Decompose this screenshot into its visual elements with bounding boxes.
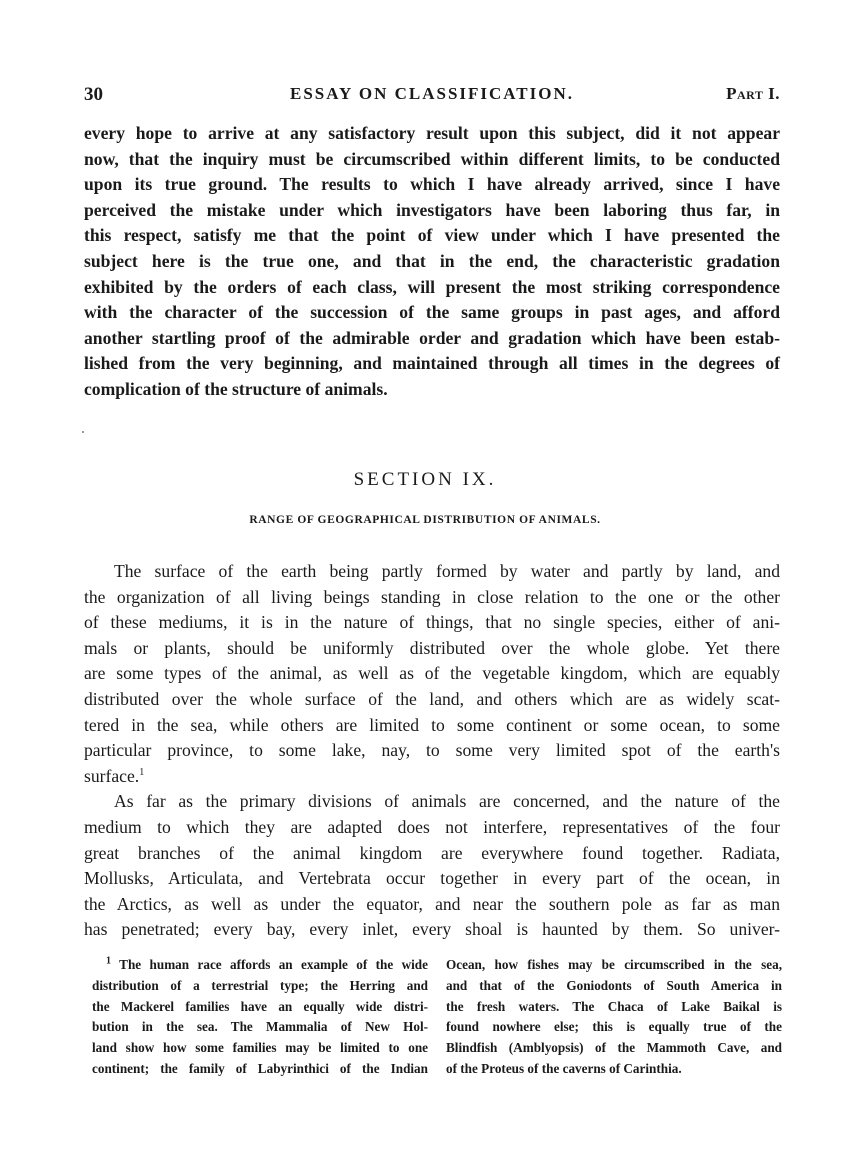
footnote-line: the fresh waters. The Chaca of Lake Baik… [446, 997, 782, 1018]
footnote-line: distribution of a terrestrial type; the … [92, 976, 428, 997]
text-line: complication of the structure of animals… [84, 377, 780, 403]
text-line: the Arctics, as well as under the equato… [84, 892, 780, 918]
text-line: Mollusks, Articulata, and Vertebrata occ… [84, 866, 780, 892]
footnote-reference[interactable]: 1 [139, 767, 144, 778]
text-line: subject here is the true one, and that i… [84, 249, 780, 275]
footnote-line: and that of the Goniodonts of South Amer… [446, 976, 782, 997]
text-line-with-footnote: surface.1 [84, 764, 780, 790]
footnote-line: Blindfish (Amblyopsis) of the Mammoth Ca… [446, 1038, 782, 1059]
footnote-line: of the Proteus of the caverns of Carinth… [446, 1059, 782, 1080]
text-line: medium to which they are adapted does no… [84, 815, 780, 841]
part-label: Part I. [726, 84, 780, 104]
text-line: with the character of the succession of … [84, 300, 780, 326]
footnote-marker: 1 [106, 956, 111, 967]
text-line: great branches of the animal kingdom are… [84, 841, 780, 867]
footnote-line: found nowhere else; this is equally true… [446, 1017, 782, 1038]
text-line: particular province, to some lake, nay, … [84, 738, 780, 764]
text-line: this respect, satisfy me that the point … [84, 223, 780, 249]
text-line: The surface of the earth being partly fo… [84, 559, 780, 585]
text-line: are some types of the animal, as well as… [84, 661, 780, 687]
text-line: exhibited by the orders of each class, w… [84, 275, 780, 301]
text-line: perceived the mistake under which invest… [84, 198, 780, 224]
section-subtitle: RANGE OF GEOGRAPHICAL DISTRIBUTION OF AN… [0, 514, 850, 526]
text-line: lished from the very beginning, and main… [84, 351, 780, 377]
text-fragment: The human race affords an example of the… [119, 957, 428, 972]
print-speck [82, 431, 84, 433]
footnote-line: the Mackerel families have an equally wi… [92, 997, 428, 1018]
text-line: has penetrated; every bay, every inlet, … [84, 917, 780, 943]
text-line: upon its true ground. The results to whi… [84, 172, 780, 198]
paragraph-1: The surface of the earth being partly fo… [84, 559, 780, 943]
text-line: mals or plants, should be uniformly dist… [84, 636, 780, 662]
footnote-line: land show how some families may be limit… [92, 1038, 428, 1059]
footnotes: 1 The human race affords an example of t… [84, 955, 780, 1085]
text-line: tered in the sea, while others are limit… [84, 713, 780, 739]
text-fragment: surface. [84, 766, 139, 786]
text-line: every hope to arrive at any satisfactory… [84, 121, 780, 147]
footnote-line: bution in the sea. The Mammalia of New H… [92, 1017, 428, 1038]
footnote-line: 1 The human race affords an example of t… [92, 955, 428, 976]
text-line: the organization of all living beings st… [84, 585, 780, 611]
text-line: As far as the primary divisions of anima… [84, 789, 780, 815]
footnote-column-right: Ocean, how fishes may be circumscribed i… [446, 955, 782, 1080]
footnote-line: continent; the family of Labyrinthici of… [92, 1059, 428, 1080]
section-heading: SECTION IX. [0, 469, 850, 491]
running-title: ESSAY ON CLASSIFICATION. [84, 84, 780, 104]
footnote-column-left: 1 The human race affords an example of t… [92, 955, 428, 1080]
footnote-line: Ocean, how fishes may be circumscribed i… [446, 955, 782, 976]
text-line: now, that the inquiry must be circumscri… [84, 147, 780, 173]
running-head: 30 ESSAY ON CLASSIFICATION. Part I. [84, 84, 780, 108]
text-line: another startling proof of the admirable… [84, 326, 780, 352]
continuation-paragraph: every hope to arrive at any satisfactory… [84, 121, 780, 403]
text-line: of these mediums, it is in the nature of… [84, 610, 780, 636]
text-line: distributed over the whole surface of th… [84, 687, 780, 713]
book-page: 30 ESSAY ON CLASSIFICATION. Part I. ever… [0, 0, 850, 1150]
